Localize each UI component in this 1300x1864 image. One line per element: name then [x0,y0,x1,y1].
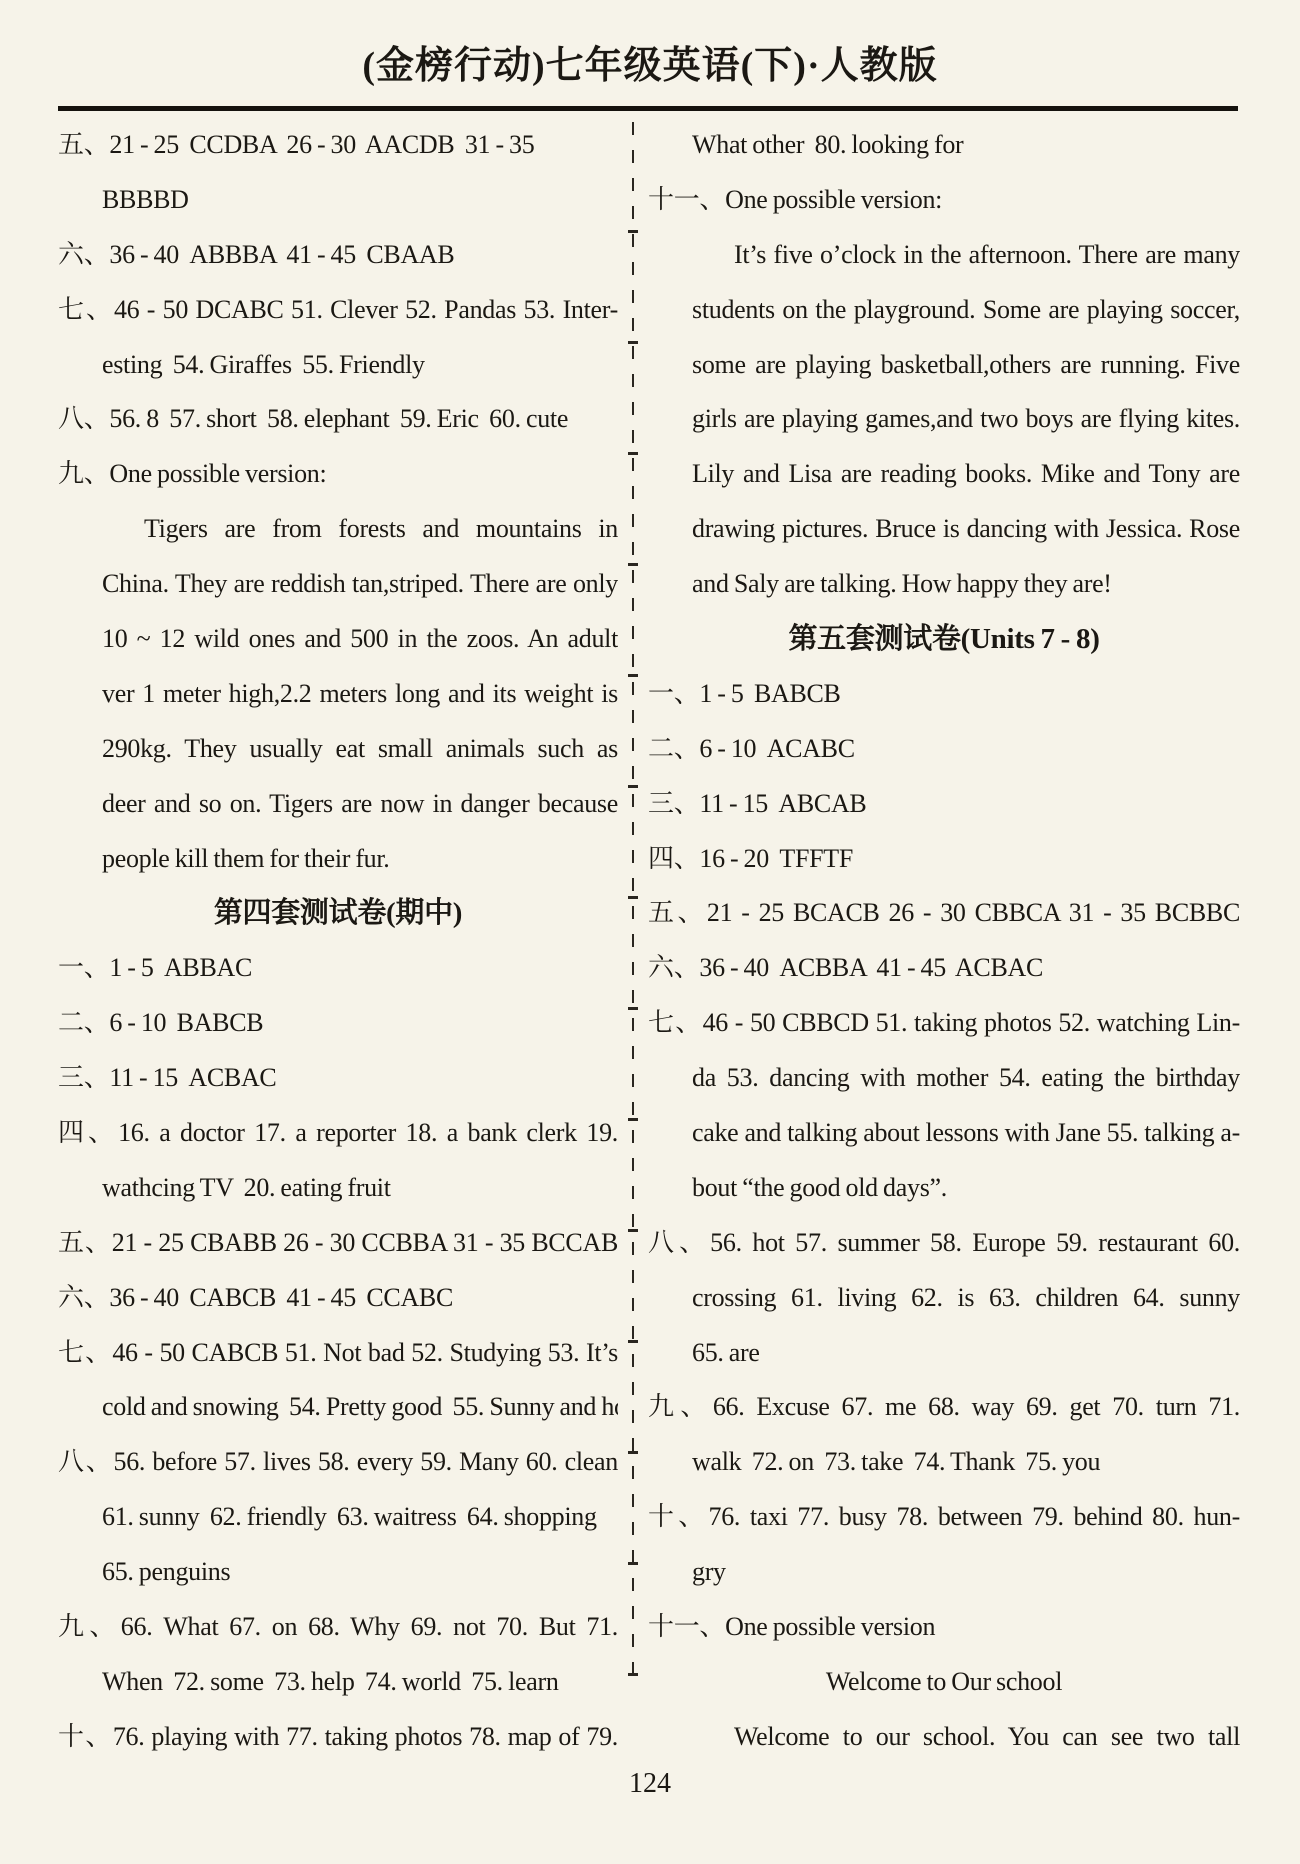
text-line: When 72. some 73. help 74. world 75. lea… [58,1655,618,1710]
text-line: 十一、One possible version [648,1600,1240,1655]
text-line: 二、6 - 10 BABCB [58,996,618,1051]
text-line: drawing pictures. Bruce is dancing with … [648,502,1240,557]
text-line: BBBBD [58,173,618,228]
text-line: 五、21 - 25 CCDBA 26 - 30 AACDB 31 - 35 [58,118,618,173]
text-line: students on the playground. Some are pla… [648,283,1240,338]
text-line: 五、21 - 25 BCACB 26 - 30 CBBCA 31 - 35 BC… [648,886,1240,941]
text-line: 九、66. Excuse 67. me 68. way 69. get 70. … [648,1380,1240,1435]
essay-title: Welcome to Our school [648,1655,1240,1710]
text-line: 十、76. taxi 77. busy 78. between 79. behi… [648,1490,1240,1545]
text-line: gry [648,1545,1240,1600]
text-line: What other 80. looking for [648,118,1240,173]
text-line: 四、16 - 20 TFFTF [648,832,1240,887]
left-column: 五、21 - 25 CCDBA 26 - 30 AACDB 31 - 35BBB… [58,118,618,1765]
text-line: 八、56. hot 57. summer 58. Europe 59. rest… [648,1216,1240,1271]
text-line: 290kg. They usually eat small animals su… [58,722,618,777]
book-header-title: (金榜行动)七年级英语(下)·人教版 [0,0,1300,86]
text-line: 65. penguins [58,1545,618,1600]
text-line: esting 54. Giraffes 55. Friendly [58,338,618,393]
two-column-content: 五、21 - 25 CCDBA 26 - 30 AACDB 31 - 35BBB… [0,118,1300,1765]
text-line: deer and so on. Tigers are now in danger… [58,777,618,832]
right-column: What other 80. looking for十一、One possibl… [648,118,1240,1765]
text-line: 10 ~ 12 wild ones and 500 in the zoos. A… [58,612,618,667]
text-line: 七、46 - 50 DCABC 51. Clever 52. Pandas 53… [58,283,618,338]
section-title: 第五套测试卷(Units 7 - 8) [648,612,1240,667]
text-line: cold and snowing 54. Pretty good 55. Sun… [58,1380,618,1435]
text-line: 六、36 - 40 CABCB 41 - 45 CCABC [58,1271,618,1326]
text-line: 七、46 - 50 CBBCD 51. taking photos 52. wa… [648,996,1240,1051]
text-line: and Saly are talking. How happy they are… [648,557,1240,612]
text-line: bout “the good old days”. [648,1161,1240,1216]
text-line: people kill them for their fur. [58,832,618,887]
text-line: 61. sunny 62. friendly 63. waitress 64. … [58,1490,618,1545]
text-line: 六、36 - 40 ACBBA 41 - 45 ACBAC [648,941,1240,996]
text-line: 一、1 - 5 ABBAC [58,941,618,996]
scanned-answer-page: (金榜行动)七年级英语(下)·人教版 五、21 - 25 CCDBA 26 - … [0,0,1300,1864]
text-line: 五、21 - 25 CBABB 26 - 30 CCBBA 31 - 35 BC… [58,1216,618,1271]
text-line: Welcome to our school. You can see two t… [648,1710,1240,1765]
text-line: Lily and Lisa are reading books. Mike an… [648,447,1240,502]
text-line: 二、6 - 10 ACABC [648,722,1240,777]
text-line: cake and talking about lessons with Jane… [648,1106,1240,1161]
section-title: 第四套测试卷(期中) [58,886,618,941]
text-line: 十、76. playing with 77. taking photos 78.… [58,1710,618,1765]
text-line: Tigers are from forests and mountains in… [58,502,618,557]
dashed-column-divider [628,122,638,1681]
header-rule [58,106,1238,111]
text-line: 九、66. What 67. on 68. Why 69. not 70. Bu… [58,1600,618,1655]
text-line: 65. are [648,1326,1240,1381]
text-line: China. They are reddish tan,striped. The… [58,557,618,612]
text-line: 七、46 - 50 CABCB 51. Not bad 52. Studying… [58,1326,618,1381]
text-line: wathcing TV 20. eating fruit [58,1161,618,1216]
text-line: 三、11 - 15 ACBAC [58,1051,618,1106]
text-line: walk 72. on 73. take 74. Thank 75. you [648,1435,1240,1490]
text-line: 十一、One possible version: [648,173,1240,228]
text-line: 八、56. 8 57. short 58. elephant 59. Eric … [58,392,618,447]
text-line: 六、36 - 40 ABBBA 41 - 45 CBAAB [58,228,618,283]
text-line: It’s five o’clock in the afternoon. Ther… [648,228,1240,283]
text-line: ver 1 meter high,2.2 meters long and its… [58,667,618,722]
column-gutter [618,118,648,1765]
page-number: 124 [0,1767,1300,1801]
text-line: 四、16. a doctor 17. a reporter 18. a bank… [58,1106,618,1161]
text-line: 三、11 - 15 ABCAB [648,777,1240,832]
text-line: da 53. dancing with mother 54. eating th… [648,1051,1240,1106]
text-line: girls are playing games,and two boys are… [648,392,1240,447]
text-line: 九、One possible version: [58,447,618,502]
text-line: 八、56. before 57. lives 58. every 59. Man… [58,1435,618,1490]
text-line: crossing 61. living 62. is 63. children … [648,1271,1240,1326]
text-line: 一、1 - 5 BABCB [648,667,1240,722]
text-line: some are playing basketball,others are r… [648,338,1240,393]
